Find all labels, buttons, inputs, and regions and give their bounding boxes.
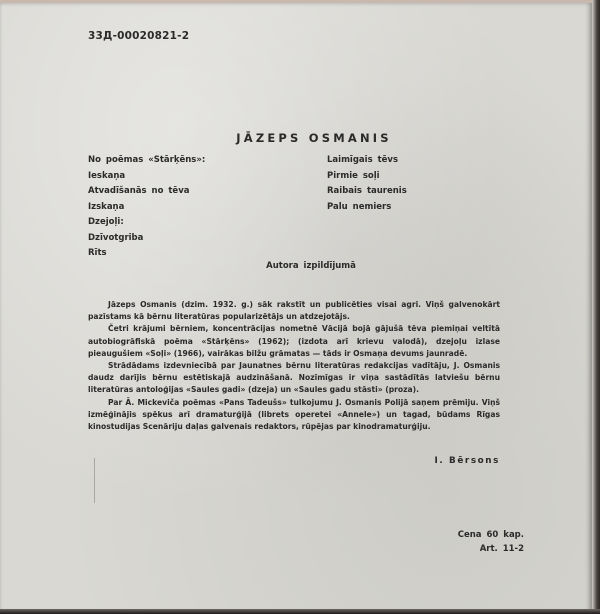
track-list-item: Raibais taurenis [327,184,407,200]
track-list-left: No poēmas «Stārķēns»: Ieskaņa Atvadīšanā… [88,153,205,262]
biography-paragraph: Par Ā. Mickeviča poēmas «Pans Tadeušs» t… [88,397,500,434]
author-signature: I. Bērsons [435,456,500,466]
track-list-item: Atvadīšanās no tēva [88,184,205,200]
price-block: Cena 60 kap. Art. 11-2 [458,528,524,556]
sleeve-edge-right [592,0,600,614]
track-list-item: Laimīgais tēvs [327,153,407,169]
price-label: Cena 60 kap. [458,528,524,542]
biography-paragraph: Strādādams izdevniecībā par Jaunatnes bē… [88,360,500,397]
paper-crease [94,458,95,503]
artist-title: JĀZEPS OSMANIS [0,131,600,145]
performer-note: Autora izpildījumā [0,261,600,271]
biography-paragraph: Jāzeps Osmanis (dzim. 1932. g.) sāk raks… [88,299,500,323]
track-list-item: Palu nemiers [327,200,407,216]
track-list-item: Rīts [88,246,205,262]
track-list-item: Dzejoļi: [88,215,205,231]
track-list-item: Izskaņa [88,200,205,216]
biography-paragraph: Četri krājumi bērniem, koncentrācijas no… [88,323,500,360]
track-list-item: Dzīvotgriba [88,231,205,247]
track-list-item: No poēmas «Stārķēns»: [88,153,205,169]
record-sleeve-back: 33Д-00020821-2 JĀZEPS OSMANIS No poēmas … [0,0,592,613]
track-list-right: Laimīgais tēvs Pirmie soļi Raibais taure… [327,153,407,215]
sleeve-edge-bottom [0,609,600,614]
track-list-item: Pirmie soļi [327,169,407,185]
track-list-item: Ieskaņa [88,169,205,185]
article-number: Art. 11-2 [458,542,524,556]
catalog-number: 33Д-00020821-2 [88,30,189,42]
biography-text: Jāzeps Osmanis (dzim. 1932. g.) sāk raks… [88,299,500,433]
